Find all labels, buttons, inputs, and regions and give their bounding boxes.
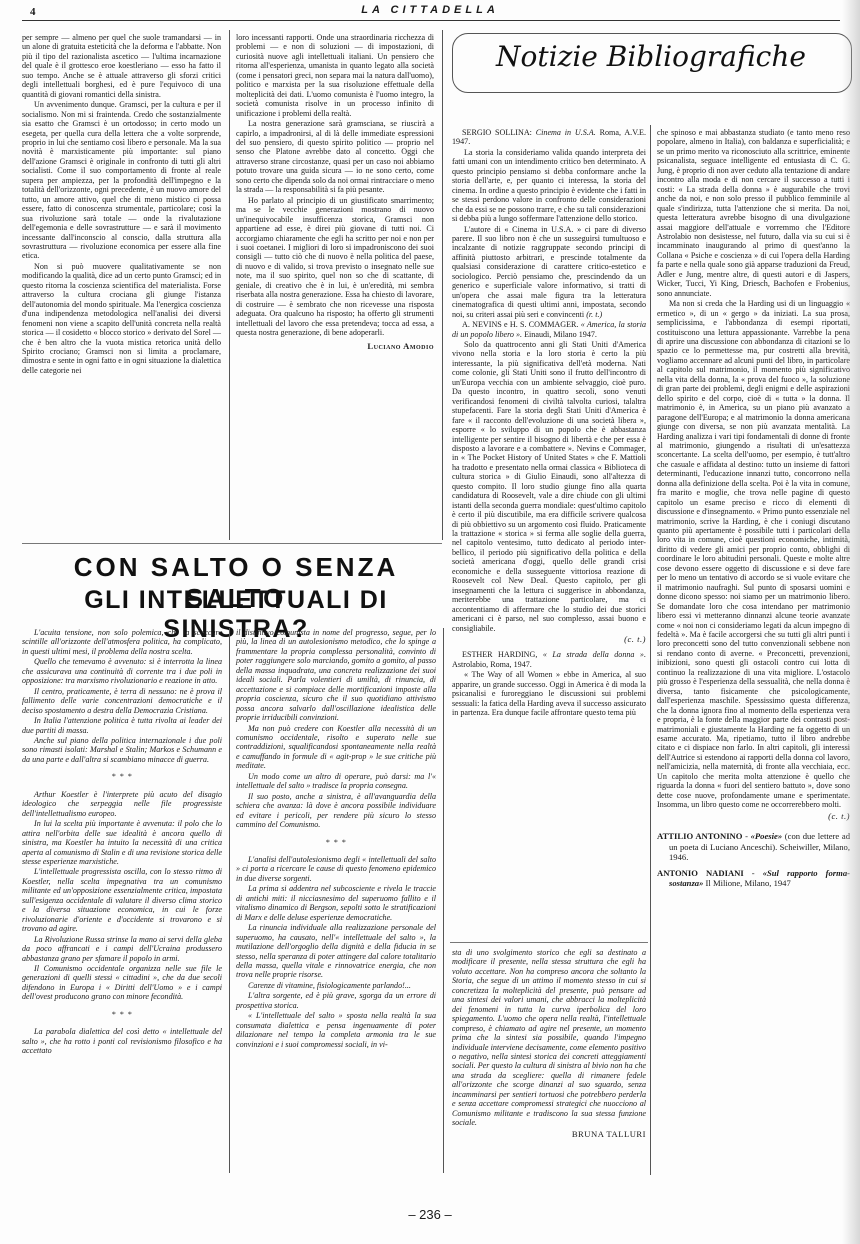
bibliography-column-right: che spinoso e mai abbastanza studiato (e… bbox=[657, 128, 850, 894]
paragraph: La parabola dialettica del così detto « … bbox=[22, 1027, 222, 1055]
reviewer-initials: (r. t.) bbox=[586, 310, 602, 319]
paragraph: L'acuita tensione, non solo polemica, ch… bbox=[22, 628, 222, 656]
paragraph: Anche sul piano della politica internazi… bbox=[22, 736, 222, 764]
paragraph: per sempre — almeno per quel che suole t… bbox=[22, 33, 221, 99]
paragraph-text: L'autore di « Cinema in U.S.A. » ci pare… bbox=[452, 225, 646, 319]
paragraph: « L'intellettuale del salto » sposta nel… bbox=[236, 1011, 436, 1049]
book-author: A. NEVINS e H. S. COMMAGER. bbox=[462, 320, 578, 329]
paragraph: Non si può muovere qualitativamente se n… bbox=[22, 262, 221, 375]
bibliography-column-left: SERGIO SOLLINA: Cinema in U.S.A. Roma, A… bbox=[452, 128, 646, 718]
column-divider bbox=[650, 125, 651, 1175]
book-entry-header: ESTHER HARDING, « La strada della donna … bbox=[452, 650, 646, 669]
received-book: ANTONIO NADIANI - «Sul rapporto forma-so… bbox=[657, 868, 850, 889]
paragraph: La prima si addentra nel subcosciente e … bbox=[236, 884, 436, 922]
books-received-list: ATTILIO ANTONINO - «Poesie» (con due let… bbox=[657, 831, 850, 889]
article2-column-2: il distintivo comunista in nome del prog… bbox=[236, 628, 436, 1049]
paragraph: La Rivoluzione Russa strinse la mano ai … bbox=[22, 935, 222, 963]
book-author: SERGIO SOLLINA: bbox=[462, 128, 532, 137]
article-continuation-rule bbox=[450, 942, 648, 943]
scan-edge-shadow bbox=[842, 0, 860, 1244]
book-entry-header: SERGIO SOLLINA: Cinema in U.S.A. Roma, A… bbox=[452, 128, 646, 147]
paragraph: Quello che temevamo è avvenuto: si è int… bbox=[22, 657, 222, 685]
paragraph: Un avvenimento dunque. Gramsci, per la c… bbox=[22, 100, 221, 261]
book-publisher: Einaudi, Milano 1947. bbox=[524, 330, 597, 339]
received-book: ATTILIO ANTONINO - «Poesie» (con due let… bbox=[657, 831, 850, 863]
paragraph: Solo da quattrocento anni gli Stati Unit… bbox=[452, 340, 646, 633]
column-divider bbox=[229, 628, 230, 1173]
header-rule bbox=[22, 20, 840, 21]
book-publisher: Astrolabio, Roma, 1947. bbox=[452, 660, 532, 669]
article1-author: Luciano Amodio bbox=[236, 342, 434, 351]
paragraph: In Italia l'attenzione politica è tutta … bbox=[22, 716, 222, 735]
paragraph: Ho parlato al principio di un giustifica… bbox=[236, 196, 434, 338]
paragraph: In lui la scelta più importante è avvenu… bbox=[22, 819, 222, 866]
paragraph: Arthur Koestler è l'interprete più acuto… bbox=[22, 790, 222, 818]
paragraph: Il centro, praticamente, è terra di ness… bbox=[22, 687, 222, 715]
folio-number: – 236 – bbox=[0, 1207, 860, 1222]
section-separator: * * * bbox=[22, 1010, 222, 1019]
article1-column-2: loro incessanti rapporti. Onde una strao… bbox=[236, 33, 434, 351]
paragraph: loro incessanti rapporti. Onde una strao… bbox=[236, 33, 434, 118]
paragraph: « The Way of all Women » ebbe in America… bbox=[452, 670, 646, 717]
book-title: « La strada della donna ». bbox=[543, 650, 646, 659]
paragraph: L'altra sorgente, ed è più grave, sgorga… bbox=[236, 991, 436, 1010]
paragraph: il distintivo comunista in nome del prog… bbox=[236, 628, 436, 723]
paragraph: L'autore di « Cinema in U.S.A. » ci pare… bbox=[452, 225, 646, 320]
paragraph: Ma non può credere con Koestler alla nec… bbox=[236, 724, 436, 771]
paragraph: L'intellettuale progressista oscilla, co… bbox=[22, 867, 222, 933]
article-divider-rule bbox=[22, 543, 442, 544]
reviewer-initials: (c. t.) bbox=[452, 635, 646, 644]
paragraph: La storia la consideriamo valida quando … bbox=[452, 148, 646, 224]
book-title: «Poesie» bbox=[751, 831, 783, 841]
paragraph: Carenze di vitamine, fisiologicamente pa… bbox=[236, 981, 436, 990]
column-divider bbox=[443, 628, 444, 1173]
paragraph: La nostra generazione sarà gramsciana, s… bbox=[236, 119, 434, 195]
section-separator: * * * bbox=[236, 838, 436, 847]
paragraph: L'analisi dell'autolesionismo degli « in… bbox=[236, 855, 436, 883]
book-author: ANTONIO NADIANI bbox=[657, 868, 744, 878]
book-entry-header: A. NEVINS e H. S. COMMAGER. « America, l… bbox=[452, 320, 646, 339]
section-title: Notizie Bibliografiche bbox=[452, 40, 850, 73]
article2-column-3: sta di uno svolgimento storico che egli … bbox=[452, 948, 646, 1139]
article2-author: BRUNA TALLURI bbox=[452, 1130, 646, 1139]
column-divider bbox=[229, 30, 230, 540]
paragraph: La rinuncia individuale alla realizzazio… bbox=[236, 923, 436, 980]
article1-column-1: per sempre — almeno per quel che suole t… bbox=[22, 33, 221, 375]
paragraph: Ma non si creda che la Harding usi di un… bbox=[657, 299, 850, 809]
reviewer-initials: (c. t.) bbox=[657, 812, 850, 821]
section-separator: * * * bbox=[22, 772, 222, 781]
paragraph: Il Comunismo occidentale organizza nelle… bbox=[22, 964, 222, 1002]
column-divider bbox=[442, 30, 443, 540]
paragraph: Un modo come un altro di operare, può da… bbox=[236, 772, 436, 791]
paragraph: che spinoso e mai abbastanza studiato (e… bbox=[657, 128, 850, 298]
running-title: LA CITTADELLA bbox=[0, 4, 860, 16]
article2-column-1: L'acuita tensione, non solo polemica, ch… bbox=[22, 628, 222, 1056]
book-title: Cinema in U.S.A. bbox=[536, 128, 596, 137]
book-author: ESTHER HARDING, bbox=[462, 650, 537, 659]
book-details: Il Milione, Milano, 1947 bbox=[706, 878, 791, 888]
book-author: ATTILIO ANTONINO bbox=[657, 831, 742, 841]
paragraph: sta di uno svolgimento storico che egli … bbox=[452, 948, 646, 1128]
paragraph: Il suo posto, anche a sinistra, è all'av… bbox=[236, 792, 436, 830]
